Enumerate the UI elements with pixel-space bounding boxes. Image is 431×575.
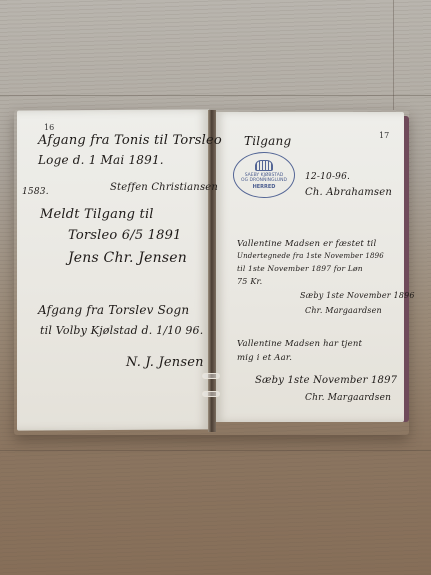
- handwritten-line: til Volby Kjølstad d. 1/10 96.: [40, 324, 203, 337]
- floor-seam: [0, 95, 431, 96]
- handwritten-line: Afgang fra Tonis til Torsleo: [38, 133, 222, 148]
- entry-number: 1583.: [22, 187, 49, 197]
- handwritten-line: Vallentine Madsen er fæstet til: [237, 239, 376, 249]
- page-number-right: 17: [379, 131, 389, 140]
- crown-icon: [255, 160, 273, 171]
- binding-stitch: [202, 391, 220, 397]
- signature: Ch. Abrahamsen: [305, 187, 392, 198]
- handwritten-line: Torsleo 6/5 1891: [68, 228, 182, 243]
- handwritten-line: Afgang fra Torslev Sogn: [38, 303, 189, 317]
- floor-seam: [0, 450, 431, 451]
- page-heading: Tilgang: [244, 134, 291, 148]
- book-spine-gutter: [208, 110, 216, 432]
- page-number-left: 16: [44, 123, 54, 132]
- signature: Chr. Margaardsen: [305, 306, 382, 315]
- handwritten-line: Meldt Tilgang til: [40, 207, 154, 222]
- floor-seam: [393, 0, 394, 110]
- signature: N. J. Jensen: [126, 355, 204, 370]
- handwritten-line: til 1ste November 1897 for Løn: [237, 264, 363, 273]
- handwritten-line: mig i et Aar.: [237, 353, 292, 363]
- handwritten-line: 75 Kr.: [237, 277, 262, 286]
- official-stamp: SAEBY KJØBSTAD OG DRONNINGLUND HERRED: [233, 152, 295, 198]
- date-note: 12-10-96.: [305, 172, 350, 182]
- stamp-text: HERRED: [253, 184, 276, 190]
- signature: Jens Chr. Jensen: [68, 250, 187, 266]
- handwritten-line: Sæby 1ste November 1896: [300, 291, 415, 300]
- handwritten-line: Undertegnede fra 1ste November 1896: [237, 252, 384, 260]
- signature: Steffen Christiansen: [110, 182, 218, 193]
- binding-stitch: [202, 373, 220, 379]
- handwritten-line: Vallentine Madsen har tjent: [237, 339, 362, 349]
- handwritten-line: Loge d. 1 Mai 1891.: [38, 153, 164, 167]
- signature: Chr. Margaardsen: [305, 393, 391, 403]
- handwritten-line: Sæby 1ste November 1897: [255, 375, 397, 386]
